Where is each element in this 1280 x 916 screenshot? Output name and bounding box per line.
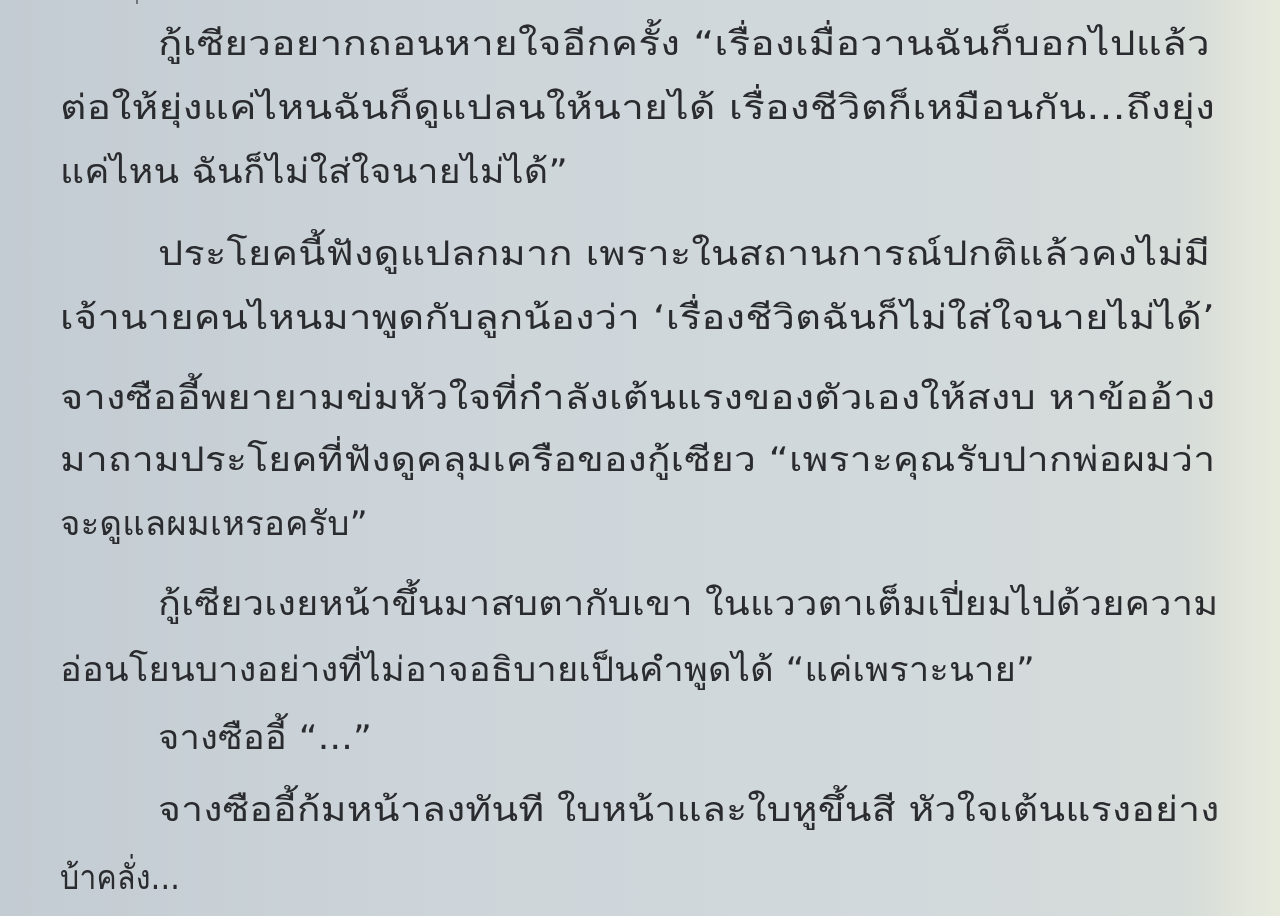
book-page: กู้เซียวอยากถอนหายใจอีกครั้ง “เรื่องเมื่…: [0, 0, 1280, 916]
cropped-previous-line-fragment: [136, 0, 146, 4]
text-line-7: มาถามประโยคที่ฟังดูคลุมเครือของกู้เซียว …: [60, 438, 1215, 482]
text-line-11: จางซืออี้ “...”: [158, 716, 372, 760]
page-edge-highlight: [1210, 0, 1280, 916]
text-line-2: ต่อให้ยุ่งแค่ไหนฉันก็ดูแปลนให้นายได้ เรื…: [60, 86, 1215, 130]
text-line-5: เจ้านายคนไหนมาพูดกับลูกน้องว่า ‘เรื่องชี…: [60, 296, 1215, 340]
text-line-8: จะดูแลผมเหรอครับ”: [60, 502, 368, 546]
text-line-10: อ่อนโยนบางอย่างที่ไม่อาจอธิบายเป็นคำพูดไ…: [60, 648, 1035, 692]
text-line-6: จางซืออี้พยายามข่มหัวใจที่กำลังเต้นแรงขอ…: [60, 376, 1215, 420]
text-line-4: ประโยคนี้ฟังดูแปลกมาก เพราะในสถานการณ์ปก…: [158, 232, 1210, 276]
text-line-1: กู้เซียวอยากถอนหายใจอีกครั้ง “เรื่องเมื่…: [158, 22, 1210, 66]
text-line-3: แค่ไหน ฉันก็ไม่ใส่ใจนายไม่ได้”: [60, 150, 568, 194]
text-line-12: จางซืออี้ก้มหน้าลงทันที ใบหน้าและใบหูขึ้…: [158, 788, 1220, 832]
text-line-9: กู้เซียวเงยหน้าขึ้นมาสบตากับเขา ในแววตาเ…: [158, 582, 1218, 626]
text-line-13: บ้าคลั่ง...: [60, 856, 180, 900]
